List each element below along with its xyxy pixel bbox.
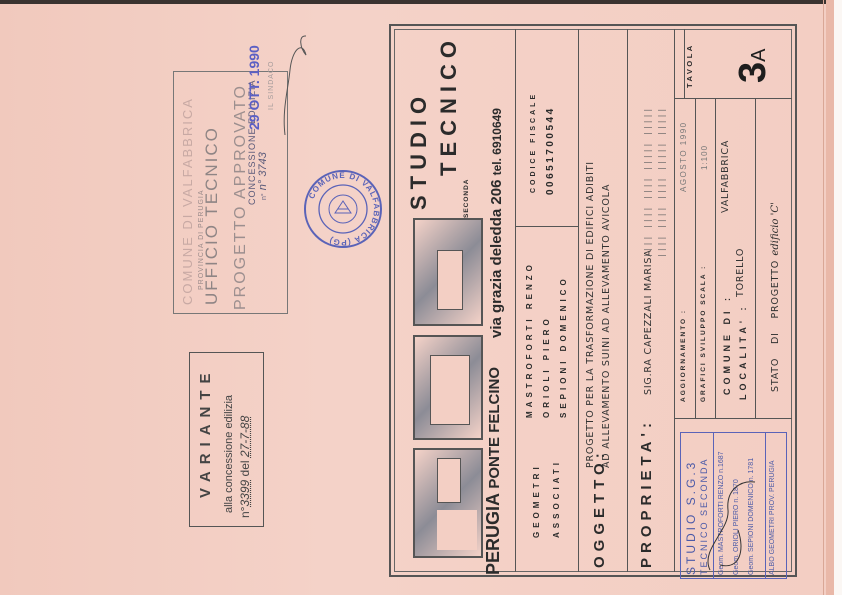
row-comune (755, 98, 756, 418)
variante-number-line: n°3399 del 27-7-88 (238, 416, 252, 518)
divider-cf (515, 226, 578, 227)
oggetto-line2: AD ALLEVAMENTO SUINI AD ALLEVAMENTO AVIC… (601, 184, 612, 468)
seconda-label: SECONDA (463, 178, 470, 218)
comune-label: COMUNE DI : (722, 294, 732, 395)
address: via grazia deledda 206 (488, 180, 505, 338)
variante-subtitle: alla concessione edilizia (223, 395, 235, 513)
stato-text: STATO DI PROGETTO (770, 260, 781, 392)
signature-scribble (280, 30, 310, 140)
studio-stamp-albo: ALBO GEOMETRI PROV. PERUGIA (769, 461, 776, 576)
proprieta-ticks-1: |||| |||| |||| ||||| ||||| (643, 107, 652, 258)
variante-prefix: n° (238, 507, 252, 518)
stato-line: STATO DI PROGETTO edificio 'C' (765, 202, 783, 392)
scan-background (834, 0, 842, 595)
address-line: via grazia deledda 206 tel. 6910649 (488, 108, 505, 338)
city-district-line: PERUGIA PONTE FELCINO (483, 367, 504, 575)
studio-line1: STUDIO (406, 91, 432, 210)
municipal-seal: COMUNE DI VALFABBRICA (PG) (302, 168, 384, 250)
oggetto-line1: PROGETTO PER LA TRASFORMAZIONE DI EDIFIC… (585, 161, 596, 468)
divider-stamp (674, 418, 792, 419)
tavola-number: 3A (732, 49, 775, 83)
variante-date: 27-7-88 (238, 416, 252, 457)
studio-stamp-line1: STUDIO S.G.3 (684, 460, 698, 575)
paper-right-edge (826, 0, 834, 595)
studio-signature (700, 470, 760, 580)
divider-oggetto (627, 29, 628, 572)
studio-line2: TECNICO (436, 35, 462, 176)
tavola-label: TAVOLA (685, 43, 694, 88)
proprieta-label: PROPRIETA': (638, 418, 655, 568)
proprieta-value: SIG.RA CAPEZZALI MARISA (643, 249, 654, 395)
telephone: tel. 6910649 (490, 108, 504, 175)
geometri-label-2: ASSOCIATI (552, 459, 561, 538)
codice-fiscale-value: 00651700544 (545, 106, 556, 195)
variante-del: del (238, 460, 252, 476)
logo-letter-3 (413, 218, 483, 326)
stato-handwritten: edificio 'C' (770, 202, 781, 255)
aggiornamento-label: AGGIORNAMENTO : (680, 309, 687, 402)
localita-label: LOCALITA' : (738, 304, 748, 400)
geometri-label-1: GEOMETRI (532, 463, 541, 538)
tavola-number-value: 3 (732, 62, 774, 83)
concessione-number-value: n° 3743 (257, 152, 269, 190)
paper-fold-line (823, 0, 824, 595)
concessione-number: n° n° 3743 (257, 152, 269, 200)
row-grafici (715, 98, 716, 418)
sindaco-label: IL SINDACO (268, 61, 275, 110)
logo-letter-g (413, 335, 483, 440)
scan-top-edge (0, 0, 826, 4)
logo-letter-s (413, 448, 483, 558)
divider-geometri (578, 29, 579, 572)
variante-title: VARIANTE (197, 366, 214, 498)
approval-line3: UFFICIO TECNICO (202, 126, 222, 305)
approval-line1: COMUNE DI VALFABBRICA (180, 97, 195, 305)
district: PONTE FELCINO (486, 367, 503, 489)
geometri-name-2: ORIOLI PIERO (542, 315, 551, 418)
divider-proprieta (674, 29, 675, 572)
divider-tavola (674, 98, 792, 99)
grafici-label: GRAFICI SVILUPPO SCALA : (700, 265, 707, 402)
tavola-suffix: A (748, 49, 770, 62)
approval-date-value: 29 OTT. 1990 (246, 45, 262, 130)
codice-fiscale-label: CODICE FISCALE (530, 92, 537, 193)
geometri-name-1: MASTROFORTI RENZO (525, 261, 534, 418)
city: PERUGIA (483, 494, 503, 575)
aggiornamento-value: AGOSTO 1990 (679, 121, 688, 192)
scala-value: 1:100 (700, 145, 709, 170)
geometri-name-3: SEPIONI DOMENICO (559, 275, 568, 418)
concessione-prefix: n° (261, 193, 268, 200)
variante-number: 3399 (238, 480, 252, 507)
proprieta-ticks-2: |||| |||| |||| ||||| ||||| (657, 107, 666, 258)
studio-stamp-div2 (765, 432, 766, 579)
approval-date: 29 OTT. 1990 (246, 45, 262, 130)
row-agg (695, 98, 696, 418)
divider-header (515, 29, 516, 572)
localita-value: TORELLO (735, 248, 746, 297)
comune-value: VALFABBRICA (720, 140, 731, 213)
